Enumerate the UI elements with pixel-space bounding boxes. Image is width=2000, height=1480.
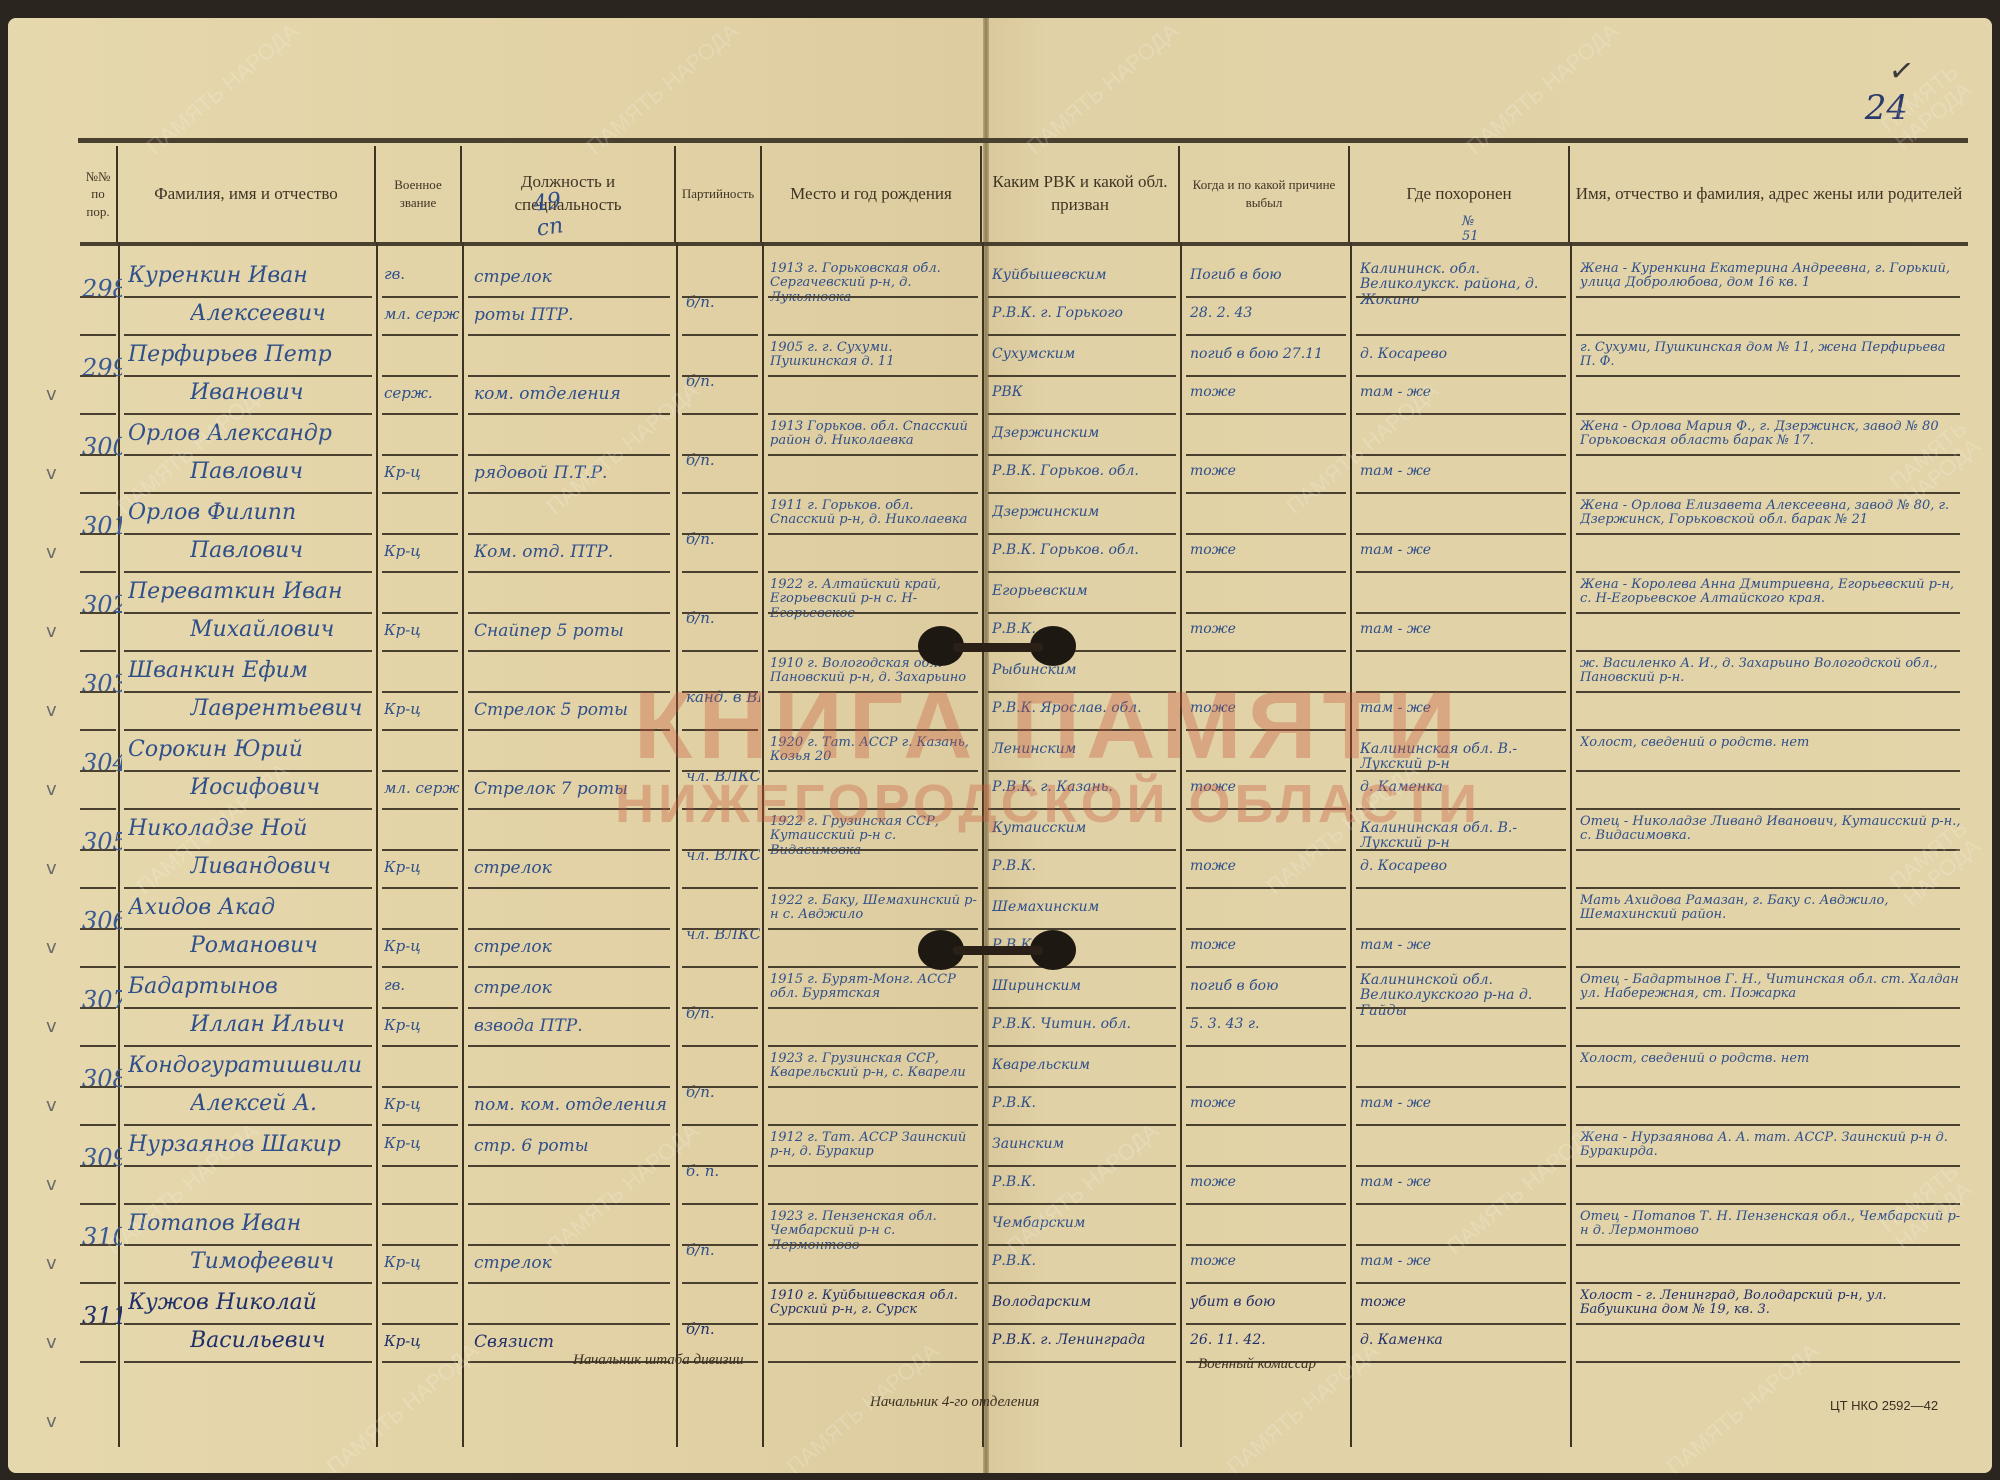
signature-dept-chief: Начальник 4-го отделения — [870, 1394, 1039, 1411]
record-name-line1: Николадзе Ной — [128, 817, 376, 841]
record-number: 310 — [82, 1224, 122, 1250]
record-rvk-line2: Р.В.К. г. Казань. — [992, 780, 1178, 795]
ruled-line — [382, 454, 458, 456]
header-rank: Военное звание — [376, 146, 462, 242]
ruled-line — [468, 571, 670, 573]
ruled-line — [988, 533, 1176, 535]
ruled-line — [124, 1165, 372, 1167]
ruled-line — [768, 296, 978, 298]
margin-check-icon: v — [46, 1095, 57, 1116]
ruled-line — [468, 729, 670, 731]
ruled-line — [1576, 808, 1960, 810]
ruled-line — [468, 808, 670, 810]
ruled-line — [382, 849, 458, 851]
ruled-line — [1576, 650, 1960, 652]
ruled-line — [1186, 1045, 1346, 1047]
table-row: 304Сорокин ЮрийИосифовичмл. сержантСтрел… — [80, 732, 1968, 811]
ruled-line — [768, 887, 978, 889]
ruled-line — [80, 533, 116, 535]
header-birthplace: Место и год рождения — [762, 146, 982, 242]
ruled-line — [1186, 849, 1346, 851]
register-book: ✓ 24 №№ по пор. Фамилия, имя и отчество … — [8, 18, 1992, 1473]
ruled-line — [768, 571, 978, 573]
ruled-line — [768, 454, 978, 456]
ruled-line — [988, 413, 1176, 415]
record-birthplace: 1911 г. Горьков. обл. Спасский р-н, д. Н… — [770, 499, 978, 572]
ruled-line — [1356, 650, 1566, 652]
record-name-line2: Иосифович — [190, 776, 376, 800]
record-burial-line1: д. Косарево — [1360, 347, 1566, 362]
record-kin-address: Холост, сведений о родств. нет — [1580, 1052, 1964, 1125]
record-number: 307 — [82, 987, 122, 1013]
record-position-line1: стрелок — [474, 268, 672, 287]
ruled-line — [80, 1203, 116, 1205]
margin-check-icon: v — [46, 621, 57, 642]
record-rank-line2: Кр-ц — [384, 464, 460, 481]
ruled-line — [80, 691, 116, 693]
ruled-line — [80, 1282, 116, 1284]
margin-check-icon: v — [46, 542, 57, 563]
ruled-line — [682, 808, 758, 810]
ruled-line — [382, 1124, 458, 1126]
binding-thread — [953, 946, 1043, 955]
table-row: 299Перфирьев ПетрИвановичсерж.ком. отдел… — [80, 337, 1968, 416]
record-kin-address: Жена - Куренкина Екатерина Андреевна, г.… — [1580, 262, 1964, 335]
record-name-line2: Лаврентьевич — [190, 697, 376, 721]
ruled-line — [1356, 887, 1566, 889]
ruled-line — [1576, 296, 1960, 298]
ruled-line — [1576, 691, 1960, 693]
ruled-line — [80, 612, 116, 614]
record-burial-line1: Калининская обл. В.-Лукский р-н — [1360, 742, 1566, 773]
table-row: 301Орлов ФилиппПавловичКр-цКом. отд. ПТР… — [80, 495, 1968, 574]
ruled-line — [768, 1045, 978, 1047]
form-code: ЦТ НКО 2592—42 — [1830, 1398, 1938, 1413]
ruled-line — [80, 1244, 116, 1246]
ruled-line — [1186, 808, 1346, 810]
ruled-line — [1356, 612, 1566, 614]
ruled-line — [124, 413, 372, 415]
record-birthplace: 1923 г. Пензенская обл. Чембарский р-н с… — [770, 1210, 978, 1283]
ruled-line — [988, 1124, 1176, 1126]
ruled-line — [468, 928, 670, 930]
ruled-line — [382, 334, 458, 336]
record-rank-line2: мл. сержант — [384, 780, 460, 797]
ruled-line — [1356, 729, 1566, 731]
ruled-line — [988, 770, 1176, 772]
record-rvk-line2: Р.В.К. Читин. обл. — [992, 1017, 1178, 1032]
ruled-line — [988, 1361, 1176, 1363]
ruled-line — [80, 650, 116, 652]
ruled-line — [768, 729, 978, 731]
ruled-line — [1186, 1244, 1346, 1246]
ruled-line — [1356, 454, 1566, 456]
ruled-line — [988, 1086, 1176, 1088]
record-name-line1: Бадартынов — [128, 975, 376, 999]
ruled-line — [124, 1007, 372, 1009]
table-row: 311Кужов НиколайВасильевичКр-цСвязистб/п… — [80, 1285, 1968, 1364]
record-number: 306 — [82, 908, 122, 934]
ruled-line — [468, 334, 670, 336]
ruled-line — [682, 1165, 758, 1167]
table-row: 308КондогуратишвилиАлексей А.Кр-цпом. ко… — [80, 1048, 1968, 1127]
ruled-line — [124, 334, 372, 336]
ruled-line — [124, 533, 372, 535]
record-kin-address: Холост, сведений о родств. нет — [1580, 736, 1964, 809]
ruled-line — [682, 533, 758, 535]
record-name-line2: Алексеевич — [190, 302, 376, 326]
ruled-line — [468, 770, 670, 772]
ruled-line — [80, 966, 116, 968]
ruled-line — [988, 928, 1176, 930]
record-burial-line2: там - же — [1360, 385, 1566, 400]
record-number: 302 — [82, 592, 122, 618]
ruled-line — [1186, 729, 1346, 731]
record-rvk-line1: Володарским — [992, 1295, 1178, 1310]
ruled-line — [682, 1007, 758, 1009]
ruled-line — [382, 1244, 458, 1246]
record-position-line2: стрелок — [474, 859, 672, 878]
ruled-line — [1186, 650, 1346, 652]
ruled-line — [468, 612, 670, 614]
margin-check-icon: v — [46, 463, 57, 484]
ruled-line — [1576, 1124, 1960, 1126]
ruled-line — [1576, 1282, 1960, 1284]
record-rvk-line1: Дзержинским — [992, 505, 1178, 520]
header-rule — [80, 242, 1968, 246]
ruled-line — [1356, 375, 1566, 377]
record-birthplace: 1923 г. Грузинская ССР, Кварельский р-н,… — [770, 1052, 978, 1125]
ruled-line — [1576, 1086, 1960, 1088]
ruled-line — [80, 928, 116, 930]
ruled-line — [1186, 492, 1346, 494]
ruled-line — [382, 571, 458, 573]
ruled-line — [682, 650, 758, 652]
ruled-line — [382, 887, 458, 889]
ruled-line — [988, 1323, 1176, 1325]
ruled-line — [1186, 533, 1346, 535]
ruled-line — [80, 1007, 116, 1009]
record-rvk-line2: Р.В.К. Ярослав. обл. — [992, 701, 1178, 716]
ruled-line — [768, 375, 978, 377]
ruled-line — [988, 1165, 1176, 1167]
margin-check-icon: v — [46, 700, 57, 721]
ruled-line — [382, 612, 458, 614]
ruled-line — [768, 770, 978, 772]
record-name-line1: Сорокин Юрий — [128, 738, 376, 762]
record-name-line1: Кужов Николай — [128, 1291, 376, 1315]
ruled-line — [382, 413, 458, 415]
record-birthplace: 1910 г. Вологодская обл. Пановский р-н, … — [770, 657, 978, 730]
record-burial-line1: тоже — [1360, 1295, 1566, 1310]
binding-thread — [953, 643, 1043, 652]
record-rvk-line2: Р.В.К. — [992, 622, 1178, 637]
ruled-line — [988, 808, 1176, 810]
ruled-line — [468, 650, 670, 652]
record-rank-line2: Кр-ц — [384, 938, 460, 955]
record-position-line1: стр. 6 роты — [474, 1137, 672, 1156]
record-rank-line2: Кр-ц — [384, 1096, 460, 1113]
record-kin-address: Отец - Бадартынов Г. Н., Читинская обл. … — [1580, 973, 1964, 1046]
ruled-line — [1186, 454, 1346, 456]
ruled-line — [988, 966, 1176, 968]
ruled-line — [1576, 454, 1960, 456]
record-rvk-line1: Сухумским — [992, 347, 1178, 362]
record-burial-line2: там - же — [1360, 543, 1566, 558]
table-row: 302Переваткин ИванМихайловичКр-цСнайпер … — [80, 574, 1968, 653]
record-rvk-line2: Р.В.К. — [992, 859, 1178, 874]
table-row: 305Николадзе НойЛивандовичКр-цстрелокчл.… — [80, 811, 1968, 890]
ruled-line — [988, 454, 1176, 456]
ruled-line — [1356, 1007, 1566, 1009]
record-name-line1: Орлов Александр — [128, 422, 376, 446]
record-when-line2: тоже — [1190, 622, 1348, 637]
ruled-line — [988, 1045, 1176, 1047]
record-rvk-line1: Ширинским — [992, 979, 1178, 994]
ruled-line — [768, 612, 978, 614]
ruled-line — [682, 1045, 758, 1047]
record-birthplace: 1913 Горьков. обл. Спасский район д. Ник… — [770, 420, 978, 493]
ruled-line — [1186, 413, 1346, 415]
ruled-line — [124, 691, 372, 693]
ruled-line — [80, 887, 116, 889]
record-burial-line2: там - же — [1360, 1175, 1566, 1190]
record-when-line1: погиб в бою 27.11 — [1190, 347, 1348, 362]
ruled-line — [1356, 808, 1566, 810]
ruled-line — [382, 296, 458, 298]
record-birthplace: 1913 г. Горьковская обл. Сергачевский р-… — [770, 262, 978, 335]
ruled-line — [80, 1045, 116, 1047]
record-name-line1: Потапов Иван — [128, 1212, 376, 1236]
ruled-line — [382, 1282, 458, 1284]
ruled-line — [1576, 729, 1960, 731]
record-when-line2: тоже — [1190, 701, 1348, 716]
ruled-line — [682, 887, 758, 889]
ruled-line — [468, 533, 670, 535]
ruled-line — [382, 966, 458, 968]
ruled-line — [988, 887, 1176, 889]
ruled-line — [1576, 413, 1960, 415]
ruled-line — [988, 1282, 1176, 1284]
record-rank-line2: Кр-ц — [384, 859, 460, 876]
ruled-line — [124, 928, 372, 930]
record-rank-line2: Кр-ц — [384, 701, 460, 718]
ruled-line — [468, 1165, 670, 1167]
record-kin-address: Жена - Нурзаянова А. А. тат. АССР. Заинс… — [1580, 1131, 1964, 1204]
ruled-line — [768, 334, 978, 336]
margin-check-icon: v — [46, 1016, 57, 1037]
ruled-line — [1186, 571, 1346, 573]
record-burial-place: Калининск. обл. Великолукск. района, д. … — [1360, 262, 1566, 335]
record-burial-line2: там - же — [1360, 622, 1566, 637]
ruled-line — [1356, 1124, 1566, 1126]
record-burial-line2: д. Косарево — [1360, 859, 1566, 874]
record-rank-line2: Кр-ц — [384, 1017, 460, 1034]
ruled-line — [468, 966, 670, 968]
record-number: 309 — [82, 1145, 122, 1171]
record-position-line2: Стрелок 7 роты — [474, 780, 672, 799]
ruled-line — [988, 612, 1176, 614]
record-number: 299 — [82, 355, 122, 381]
record-birthplace: 1915 г. Бурят-Монг. АССР обл. Бурятская — [770, 973, 978, 1046]
ruled-line — [988, 1244, 1176, 1246]
ruled-line — [1356, 413, 1566, 415]
checkmark-icon: ✓ — [1887, 52, 1917, 90]
ruled-line — [768, 1323, 978, 1325]
record-when-line1: убит в бою — [1190, 1295, 1348, 1310]
ruled-line — [682, 1124, 758, 1126]
margin-check-icon: v — [46, 1411, 57, 1432]
record-name-line2: Ливандович — [190, 855, 376, 879]
record-rank-line2: мл. серж. — [384, 306, 460, 323]
record-number: 304 — [82, 750, 122, 776]
ruled-line — [1576, 1244, 1960, 1246]
record-position-line2: роты ПТР. — [474, 306, 672, 325]
record-position-line1: стрелок — [474, 979, 672, 998]
ruled-line — [382, 1045, 458, 1047]
ruled-line — [1576, 375, 1960, 377]
margin-check-icon: v — [46, 1332, 57, 1353]
ruled-line — [80, 808, 116, 810]
ruled-line — [988, 1007, 1176, 1009]
ruled-line — [1576, 334, 1960, 336]
ruled-line — [1356, 1086, 1566, 1088]
record-when-line2: тоже — [1190, 543, 1348, 558]
record-rvk-line2: Р.В.К. Горьков. обл. — [992, 464, 1178, 479]
record-name-line2: Романович — [190, 934, 376, 958]
record-name-line1: Нурзаянов Шакир — [128, 1133, 376, 1157]
ruled-line — [768, 1282, 978, 1284]
ruled-line — [1576, 887, 1960, 889]
ruled-line — [988, 571, 1176, 573]
record-name-line1: Переваткин Иван — [128, 580, 376, 604]
record-when-line2: тоже — [1190, 385, 1348, 400]
ruled-line — [988, 334, 1176, 336]
ruled-line — [1576, 571, 1960, 573]
ruled-line — [1186, 887, 1346, 889]
table-row: 303Шванкин ЕфимЛаврентьевичКр-цСтрелок 5… — [80, 653, 1968, 732]
record-rvk-line2: РВК — [992, 385, 1178, 400]
ruled-line — [468, 1244, 670, 1246]
ruled-line — [80, 729, 116, 731]
ruled-line — [382, 770, 458, 772]
record-rank-line2: Кр-ц — [384, 1333, 460, 1350]
ruled-line — [1356, 1045, 1566, 1047]
ruled-line — [682, 1086, 758, 1088]
ruled-line — [1186, 1086, 1346, 1088]
ruled-line — [768, 413, 978, 415]
ruled-line — [80, 770, 116, 772]
ruled-line — [124, 1086, 372, 1088]
ruled-line — [80, 492, 116, 494]
record-position-line2: ком. отделения — [474, 385, 672, 404]
ruled-line — [682, 849, 758, 851]
ruled-line — [768, 492, 978, 494]
ruled-line — [1356, 533, 1566, 535]
ruled-line — [1576, 849, 1960, 851]
record-rvk-line2: Р.В.К. г. Горького — [992, 306, 1178, 321]
record-when-line2: тоже — [1190, 1096, 1348, 1111]
ruled-line — [1576, 1165, 1960, 1167]
record-rvk-line2: Р.В.К. — [992, 1096, 1178, 1111]
record-name-line2: Васильевич — [190, 1329, 376, 1353]
record-name-line1: Ахидов Акад — [128, 896, 376, 920]
ruled-line — [468, 1323, 670, 1325]
record-name-line2: Иллан Ильич — [190, 1013, 376, 1037]
record-rvk-line1: Куйбышевским — [992, 268, 1178, 283]
ruled-line — [382, 729, 458, 731]
record-rvk-line1: Егорьевским — [992, 584, 1178, 599]
record-rvk-line1: Кварельским — [992, 1058, 1178, 1073]
ruled-line — [1576, 966, 1960, 968]
table-row: 309Нурзаянов ШакирКр-цстр. 6 ротыб. п.19… — [80, 1127, 1968, 1206]
record-position-line2: пом. ком. отделения — [474, 1096, 672, 1115]
ruled-line — [682, 770, 758, 772]
record-rank-line2: Кр-ц — [384, 543, 460, 560]
ruled-line — [682, 1244, 758, 1246]
record-kin-address: Отец - Потапов Т. Н. Пензенская обл., Че… — [1580, 1210, 1964, 1283]
record-rank-line2: Кр-ц — [384, 1254, 460, 1271]
header-rvk: Каким РВК и какой обл. призван — [982, 146, 1180, 242]
header-annotation-burial: № 51 — [1462, 214, 1479, 244]
ruled-line — [382, 375, 458, 377]
ruled-line — [682, 729, 758, 731]
ruled-line — [682, 413, 758, 415]
record-name-line1: Шванкин Ефим — [128, 659, 376, 683]
record-position-line2: Ком. отд. ПТР. — [474, 543, 672, 562]
record-burial-line2: там - же — [1360, 464, 1566, 479]
ruled-line — [1186, 691, 1346, 693]
record-rank-line1: гв. — [384, 266, 460, 283]
record-kin-address: Жена - Орлова Мария Ф., г. Дзержинск, за… — [1580, 420, 1964, 493]
record-burial-line1: Калининская обл. В.-Лукский р-н — [1360, 821, 1566, 852]
ruled-line — [468, 849, 670, 851]
ruled-line — [468, 887, 670, 889]
ruled-line — [124, 1282, 372, 1284]
ruled-line — [1186, 1323, 1346, 1325]
ruled-line — [468, 1086, 670, 1088]
header-party: Партийность — [676, 146, 762, 242]
ruled-line — [768, 1203, 978, 1205]
ruled-line — [468, 1124, 670, 1126]
record-number: 298 — [82, 276, 122, 302]
ruled-line — [80, 1124, 116, 1126]
record-name-line1: Орлов Филипп — [128, 501, 376, 525]
record-birthplace: 1905 г. г. Сухуми. Пушкинская д. 11 — [770, 341, 978, 414]
record-kin-address: Отец - Николадзе Ливанд Иванович, Кутаис… — [1580, 815, 1964, 888]
ruled-line — [1356, 1361, 1566, 1363]
record-rvk-line2: Р.В.К. г. Ленинграда — [992, 1333, 1178, 1348]
ruled-line — [382, 1361, 458, 1363]
ruled-line — [1186, 296, 1346, 298]
record-name-line1: Кондогуратишвили — [128, 1054, 376, 1078]
margin-check-icon: v — [46, 779, 57, 800]
margin-check-icon: v — [46, 1253, 57, 1274]
ruled-line — [1576, 928, 1960, 930]
ruled-line — [1356, 492, 1566, 494]
margin-check-icon: v — [46, 937, 57, 958]
ruled-line — [382, 650, 458, 652]
ruled-line — [80, 375, 116, 377]
ruled-line — [1356, 849, 1566, 851]
ruled-line — [768, 1244, 978, 1246]
ruled-line — [382, 1086, 458, 1088]
signature-military-commissar: Военный комиссар — [1198, 1356, 1316, 1373]
ruled-line — [1356, 1282, 1566, 1284]
ruled-line — [1576, 1203, 1960, 1205]
record-birthplace: 1910 г. Куйбышевская обл. Сурский р-н, г… — [770, 1289, 978, 1362]
ruled-line — [1356, 296, 1566, 298]
